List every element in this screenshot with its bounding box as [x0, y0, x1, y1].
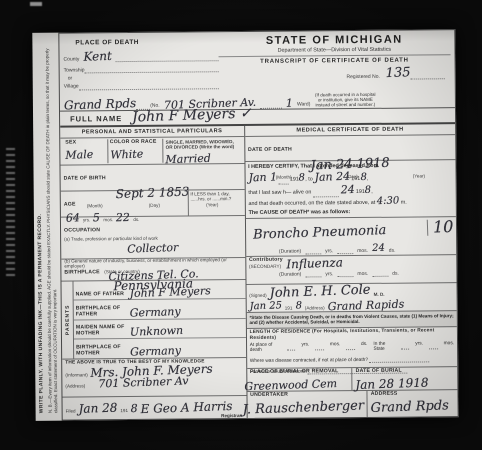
res-ds-1: ds. [361, 342, 367, 352]
dur-blank-m [337, 246, 353, 254]
father-name-handwritten: John F Meyers [129, 285, 211, 299]
form-body: PERSONAL AND STATISTICAL PARTICULARS SEX… [60, 124, 458, 420]
cause-handwritten: Broncho Pneumonia [253, 224, 387, 242]
informant-address-label: (Address) [65, 383, 85, 388]
signed-year-printed: 191 [285, 306, 293, 311]
burial-place-label: PLACE OF BURIAL OR REMOVAL [250, 369, 349, 376]
mother-name-label: MAIDEN NAME OF MOTHER [76, 325, 130, 337]
burial-date-handwritten: Jan 28 1918 [356, 376, 430, 391]
dur-yrs-label: yrs. [325, 248, 333, 254]
filed-year-printed: 191 [120, 408, 128, 413]
filed-section: Filed Jan 28 1918 E Geo A Harris Registr… [62, 396, 246, 420]
place-of-death-label: PLACE OF DEATH [75, 38, 218, 46]
last-saw-handwritten: 24 [340, 184, 354, 195]
cdur-blank-m [337, 269, 353, 277]
informant-label: (Informant) [65, 372, 88, 377]
microfilm-frame: WRITE PLAINLY, WITH UNFADING INK—THIS IS… [0, 0, 482, 450]
sex-race-marital-row: SEX Male COLOR OR RACE White SINGLE, MAR… [60, 137, 244, 166]
father-birthplace-handwritten: Germany [130, 305, 181, 318]
township-line: Township [64, 64, 219, 73]
cause-footnote: *State the Disease Causing Death, or in … [246, 311, 456, 329]
parents-section: PARENTS NAME OF FATHER John F Meyers BIR… [61, 280, 245, 360]
cdur-ds-label: ds. [392, 270, 399, 276]
cause-of-death-block: Broncho Pneumonia 10 (Duration) yrs. mos… [246, 217, 457, 257]
at-place-label: At place of death [250, 343, 281, 353]
mother-birthplace-label: BIRTHPLACE OF MOTHER [76, 345, 130, 357]
village-label: Village [64, 84, 79, 90]
wc-blank [369, 354, 429, 363]
department-line: Department of State—Division of Vital St… [218, 46, 450, 57]
blank-1 [278, 176, 288, 184]
filed-label: Filed [66, 409, 76, 414]
race-handwritten: White [110, 149, 143, 161]
residence-durations: At place of death yrs. mos. ds. In the S… [250, 341, 454, 353]
death-occurred-label: and that death occurred, on the date sta… [248, 200, 375, 207]
undertaker-address-cell: ADDRESS Grand Rpds [368, 390, 458, 417]
father-birthplace-row: BIRTHPLACE OF FATHER Germany [74, 299, 246, 320]
marital-label: SINGLE, MARRIED, WIDOWED, OR DIVORCED (W… [166, 139, 239, 150]
margin-note-instructions: N. B.—Every item of information should b… [44, 40, 58, 413]
transcript-title: TRANSCRIPT OF CERTIFICATE OF DEATH [218, 57, 450, 65]
mother-birthplace-handwritten: Germany [130, 344, 181, 357]
registered-number-line: Registered No. 135 [218, 66, 450, 81]
parents-tab: PARENTS [61, 281, 74, 358]
cdur-blank-d [372, 268, 388, 276]
father-name-label: NAME OF FATHER [76, 292, 130, 298]
signed-label: (Signed) [249, 293, 266, 298]
registrar-label: Registrar. [221, 413, 242, 418]
meridiem-label: m. [401, 200, 407, 206]
statistical-code-handwritten: 10 [426, 218, 453, 235]
signed-date-handwritten: Jan 25 [249, 301, 282, 312]
informant-section: THE ABOVE IS TRUE TO THE BEST OF MY KNOW… [62, 358, 246, 398]
certificate-header: PLACE OF DEATH County Kent Township or V… [59, 30, 455, 93]
full-name-label: FULL NAME [70, 114, 122, 123]
registered-no-blank [411, 71, 445, 79]
parents-label: PARENTS [64, 304, 70, 335]
father-name-row: NAME OF FATHER John F Meyers [73, 280, 245, 301]
blank-2 [313, 189, 339, 197]
place-of-death-block: PLACE OF DEATH County Kent Township or V… [63, 35, 218, 93]
occupation-a-handwritten: Collector [127, 242, 178, 255]
contributory-handwritten: Influenza [287, 256, 344, 270]
state-title: STATE OF MICHIGAN [218, 33, 450, 47]
sex-cell: SEX Male [63, 139, 108, 163]
left-margin-notes: WRITE PLAINLY, WITH UNFADING INK—THIS IS… [32, 33, 61, 421]
personal-particulars-column: PERSONAL AND STATISTICAL PARTICULARS SEX… [60, 126, 247, 420]
res-yrs-2: yrs. [415, 342, 423, 352]
burial-row: PLACE OF BURIAL OR REMOVAL Greenwood Cem… [247, 367, 458, 392]
dur-mos-label: mos. [357, 247, 368, 253]
res-b2 [315, 342, 324, 350]
filed-year-handwritten: 8 [131, 402, 138, 413]
birthplace-caption: (State or country) [104, 268, 140, 273]
burial-date-cell: DATE OF BURIAL Jan 28 1918 [353, 367, 458, 390]
secondary-caption: (SECONDARY) [249, 264, 283, 270]
county-blank-line [116, 53, 219, 62]
signed-address-label: (Address) [305, 306, 325, 311]
res-b3 [346, 342, 355, 350]
physician-signature-block: (Signed) John E. H. Cole M. D. Jan 25 19… [246, 283, 457, 313]
where-contracted-line: Where was disease contracted, if not at … [250, 354, 454, 364]
film-scratch [30, 2, 42, 6]
contributory-duration-line: (Duration) yrs. mos. ds. [249, 268, 453, 279]
film-edge-artifact [6, 148, 15, 276]
burial-place-cell: PLACE OF BURIAL OR REMOVAL Greenwood Cem [247, 368, 353, 391]
md-label: M. D. [374, 292, 385, 297]
burial-date-label: DATE OF BURIAL [356, 368, 455, 375]
year-digit-2: 8 [360, 173, 367, 183]
age-row: AGE 64 yrs. 5 mos. 22 ds. If LESS than 1… [61, 190, 245, 218]
year-printed-2: 191 [351, 176, 360, 182]
to-label: , to [305, 176, 313, 182]
duration-label: (Duration) [279, 248, 301, 254]
county-line: County Kent [63, 49, 218, 62]
sex-label: SEX [65, 140, 105, 146]
res-yrs-1: yrs. [302, 343, 310, 353]
last-saw-label: that I last saw h— alive on [248, 189, 311, 196]
res-b4 [401, 342, 410, 350]
race-cell: COLOR OR RACE White [108, 138, 164, 162]
residence-heading: LENGTH OF RESIDENCE (For Hospitals, Inst… [250, 328, 454, 341]
father-birthplace-label: BIRTHPLACE OF FATHER [76, 306, 130, 318]
marital-cell: SINGLE, MARRIED, WIDOWED, OR DIVORCED (W… [164, 138, 242, 163]
parents-rows: NAME OF FATHER John F Meyers BIRTHPLACE … [73, 280, 245, 358]
death-time-handwritten: 4:30 [377, 196, 400, 207]
county-handwritten: Kent [83, 50, 112, 63]
where-contracted-label: Where was disease contracted, if not at … [250, 358, 368, 364]
cause-duration-line: (Duration) yrs. mos. 24 ds. [249, 243, 453, 256]
sex-handwritten: Male [65, 149, 93, 161]
res-mos-2: mos. [444, 341, 454, 351]
registered-no-handwritten: 135 [386, 66, 411, 80]
undertaker-row: UNDERTAKER J. Rauschenberger ADDRESS Gra… [247, 390, 458, 418]
res-b5 [429, 341, 438, 349]
cause-heading: The CAUSE OF DEATH* was as follows: [249, 209, 351, 216]
date-of-death-row: DATE OF DEATH Jan 24 1918 (Month) (Day) … [245, 135, 456, 162]
physician-signature-handwritten: John E. H. Cole [269, 283, 370, 300]
dob-label: DATE OF BIRTH [64, 175, 106, 181]
race-label: COLOR OR RACE [110, 139, 161, 145]
occupation-row: OCCUPATION (a) Trade, profession or part… [61, 216, 245, 260]
village-line: Village [64, 81, 219, 90]
if-less-than-day-note: If LESS than 1 day, ......hrs. or ......… [187, 190, 244, 215]
year-digit-3: 8 [365, 186, 372, 196]
hospital-note: (If death occurred in a hospital or inst… [313, 92, 377, 108]
ward-handwritten: 1 [286, 97, 293, 108]
county-label: County [64, 57, 80, 63]
mother-birthplace-row: BIRTHPLACE OF MOTHER Germany [74, 338, 246, 358]
length-of-residence-block: LENGTH OF RESIDENCE (For Hospitals, Inst… [247, 327, 458, 369]
duration-label-2: (Duration) [279, 271, 301, 277]
date-of-birth-row: DATE OF BIRTH Sept 2 1853 (Month) (Day) … [60, 164, 244, 192]
filed-date-handwritten: Jan 28 [78, 401, 117, 414]
filed-line: Filed Jan 28 1918 E Geo A Harris [66, 401, 244, 415]
village-blank-line [79, 81, 219, 90]
state-header-block: STATE OF MICHIGAN Department of State—Di… [218, 33, 451, 92]
attended-from-handwritten: Jan 1 [248, 171, 277, 183]
age-cell: AGE 64 yrs. 5 mos. 22 ds. [61, 190, 188, 216]
registrar-signature-handwritten: E Geo A Harris [141, 399, 233, 414]
res-b1 [287, 343, 296, 351]
undertaker-handwritten: J. Rauschenberger [242, 399, 364, 416]
certify-line1: I HEREBY CERTIFY, That I attended deceas… [248, 162, 378, 169]
informant-address-handwritten: 701 Scribner Av [98, 375, 188, 389]
birthplace-label: BIRTHPLACE [64, 269, 99, 275]
cdur-yrs-label: yrs. [325, 271, 333, 277]
city-handwritten: Grand Rpds [64, 97, 137, 112]
undertaker-cell: UNDERTAKER J. Rauschenberger [247, 391, 368, 418]
full-name-handwritten: John F Meyers ✓ [132, 106, 252, 124]
cause-duration-days-handwritten: 24 [372, 243, 385, 253]
undertaker-label: UNDERTAKER [250, 392, 364, 399]
year-digit-1: 8 [299, 173, 306, 183]
res-mos-1: mos. [330, 342, 340, 352]
year-printed-1: 191 [290, 176, 299, 182]
township-label: Township [64, 68, 85, 74]
occupation-label: OCCUPATION [64, 227, 100, 233]
certificate-form: PLACE OF DEATH County Kent Township or V… [58, 29, 458, 420]
dod-label: DATE OF DEATH [248, 146, 292, 152]
attended-to-handwritten: Jan 24 [314, 170, 350, 182]
burial-place-handwritten: Greenwood Cem [244, 378, 337, 392]
birthplace-row: BIRTHPLACE (State or country) Pennsylvan… [61, 258, 245, 282]
undertaker-address-label: ADDRESS [371, 391, 455, 398]
margin-note-permanent-record: WRITE PLAINLY, WITH UNFADING INK—THIS IS… [35, 41, 44, 414]
township-blank-line [84, 64, 218, 73]
in-state-label: In the State [373, 342, 394, 352]
year-printed-3: 191 [356, 189, 365, 195]
mother-name-handwritten: Unknown [130, 325, 184, 338]
signed-year-handwritten: 8 [295, 301, 302, 311]
death-certificate-document: WRITE PLAINLY, WITH UNFADING INK—THIS IS… [32, 29, 458, 421]
medical-certificate-column: MEDICAL CERTIFICATE OF DEATH DATE OF DEA… [245, 124, 458, 418]
signed-address-handwritten: Grand Rapids [328, 298, 405, 312]
mother-name-row: MAIDEN NAME OF MOTHER Unknown [74, 319, 246, 340]
dur-ds-label: ds. [389, 247, 396, 253]
registered-no-label: Registered No. [346, 74, 379, 80]
cdur-mos-label: mos. [357, 270, 368, 276]
certification-paragraph: I HEREBY CERTIFY, That I attended deceas… [245, 160, 456, 219]
undertaker-address-handwritten: Grand Rpds [371, 399, 450, 415]
street-blank [260, 100, 282, 108]
age-label: AGE [64, 201, 76, 207]
dur-blank-y [305, 246, 321, 254]
contributory-block: Contributory (SECONDARY) Influenza (Dura… [246, 255, 457, 285]
